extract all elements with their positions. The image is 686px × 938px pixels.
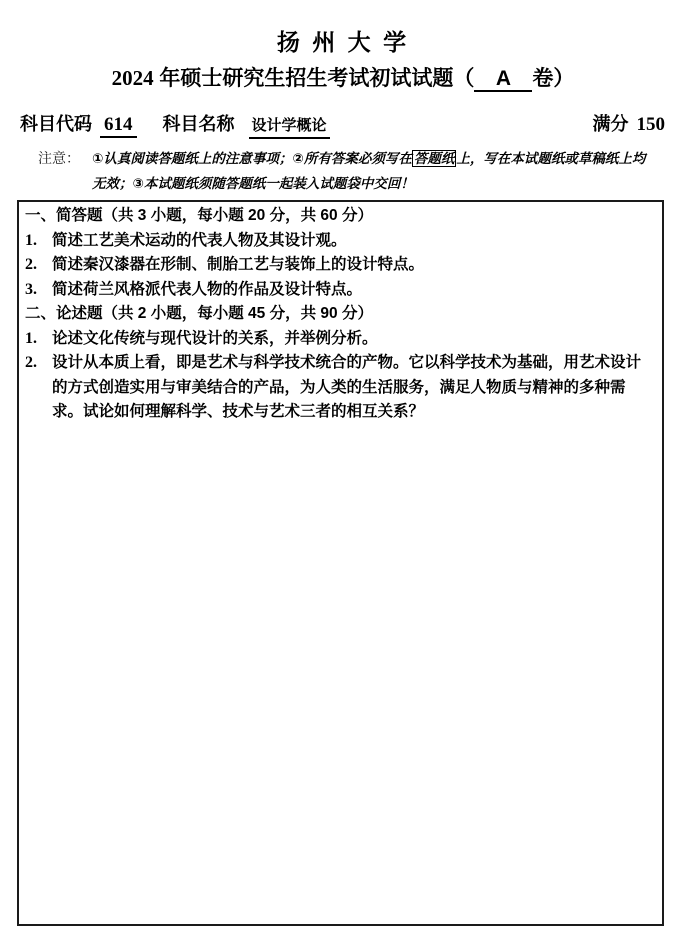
exam-subtitle-main: 年硕士研究生招生考试初试试题（ <box>154 67 475 90</box>
question-text: 设计从本质上看，即是艺术与科学技术统合的产物。它以科学技术为基础，用艺术设计的方… <box>52 351 656 425</box>
answer-sheet-boxed-term: 答题纸 <box>412 150 457 167</box>
full-score-label: 满分 <box>593 110 629 136</box>
exam-paper-page: 扬 州 大 学 2024 年硕士研究生招生考试初试试题（A卷） 科目代码 614… <box>0 0 686 938</box>
subject-code-label: 科目代码 <box>20 110 92 136</box>
notice-label: 注意： <box>38 146 80 171</box>
question-number: 3. <box>25 278 52 303</box>
exam-subtitle-tail: 卷） <box>532 67 574 90</box>
notice-seg1: ①认真阅读答题纸上的注意事项；②所有答案必须写在 <box>92 151 412 166</box>
subject-name-label: 科目名称 <box>163 110 235 136</box>
subject-code-value: 614 <box>100 114 137 138</box>
question-item: 1. 简述工艺美术运动的代表人物及其设计观。 <box>25 229 656 254</box>
notice-text: ①认真阅读答题纸上的注意事项；②所有答案必须写在答题纸上，写在本试题纸或草稿纸上… <box>92 146 652 196</box>
question-item: 2. 简述秦汉漆器在形制、制胎工艺与装饰上的设计特点。 <box>25 253 656 278</box>
questions-box: 一、简答题（共 3 小题，每小题 20 分，共 60 分） 1. 简述工艺美术运… <box>17 200 664 926</box>
question-text: 简述秦汉漆器在形制、制胎工艺与装饰上的设计特点。 <box>52 253 656 278</box>
notice-row: 注意： ①认真阅读答题纸上的注意事项；②所有答案必须写在答题纸上，写在本试题纸或… <box>38 146 654 196</box>
question-number: 2. <box>25 253 52 278</box>
exam-subtitle: 2024 年硕士研究生招生考试初试试题（A卷） <box>0 62 686 92</box>
question-number: 1. <box>25 327 52 352</box>
question-number: 2. <box>25 351 52 425</box>
question-text: 论述文化传统与现代设计的关系，并举例分析。 <box>52 327 656 352</box>
question-item: 3. 简述荷兰风格派代表人物的作品及设计特点。 <box>25 278 656 303</box>
paper-version-blank: A <box>474 68 532 92</box>
section2-heading: 二、论述题（共 2 小题，每小题 45 分，共 90 分） <box>25 302 656 327</box>
question-number: 1. <box>25 229 52 254</box>
question-item: 1. 论述文化传统与现代设计的关系，并举例分析。 <box>25 327 656 352</box>
section1-heading: 一、简答题（共 3 小题，每小题 20 分，共 60 分） <box>25 204 656 229</box>
full-score-value: 150 <box>637 114 666 136</box>
question-text: 简述荷兰风格派代表人物的作品及设计特点。 <box>52 278 656 303</box>
exam-year: 2024 <box>112 66 154 90</box>
question-text: 简述工艺美术运动的代表人物及其设计观。 <box>52 229 656 254</box>
subject-meta-row: 科目代码 614 科目名称 设计学概论 满分 150 <box>20 110 665 139</box>
question-item: 2. 设计从本质上看，即是艺术与科学技术统合的产物。它以科学技术为基础，用艺术设… <box>25 351 656 425</box>
university-title: 扬 州 大 学 <box>0 24 686 57</box>
subject-name-value: 设计学概论 <box>249 114 330 139</box>
